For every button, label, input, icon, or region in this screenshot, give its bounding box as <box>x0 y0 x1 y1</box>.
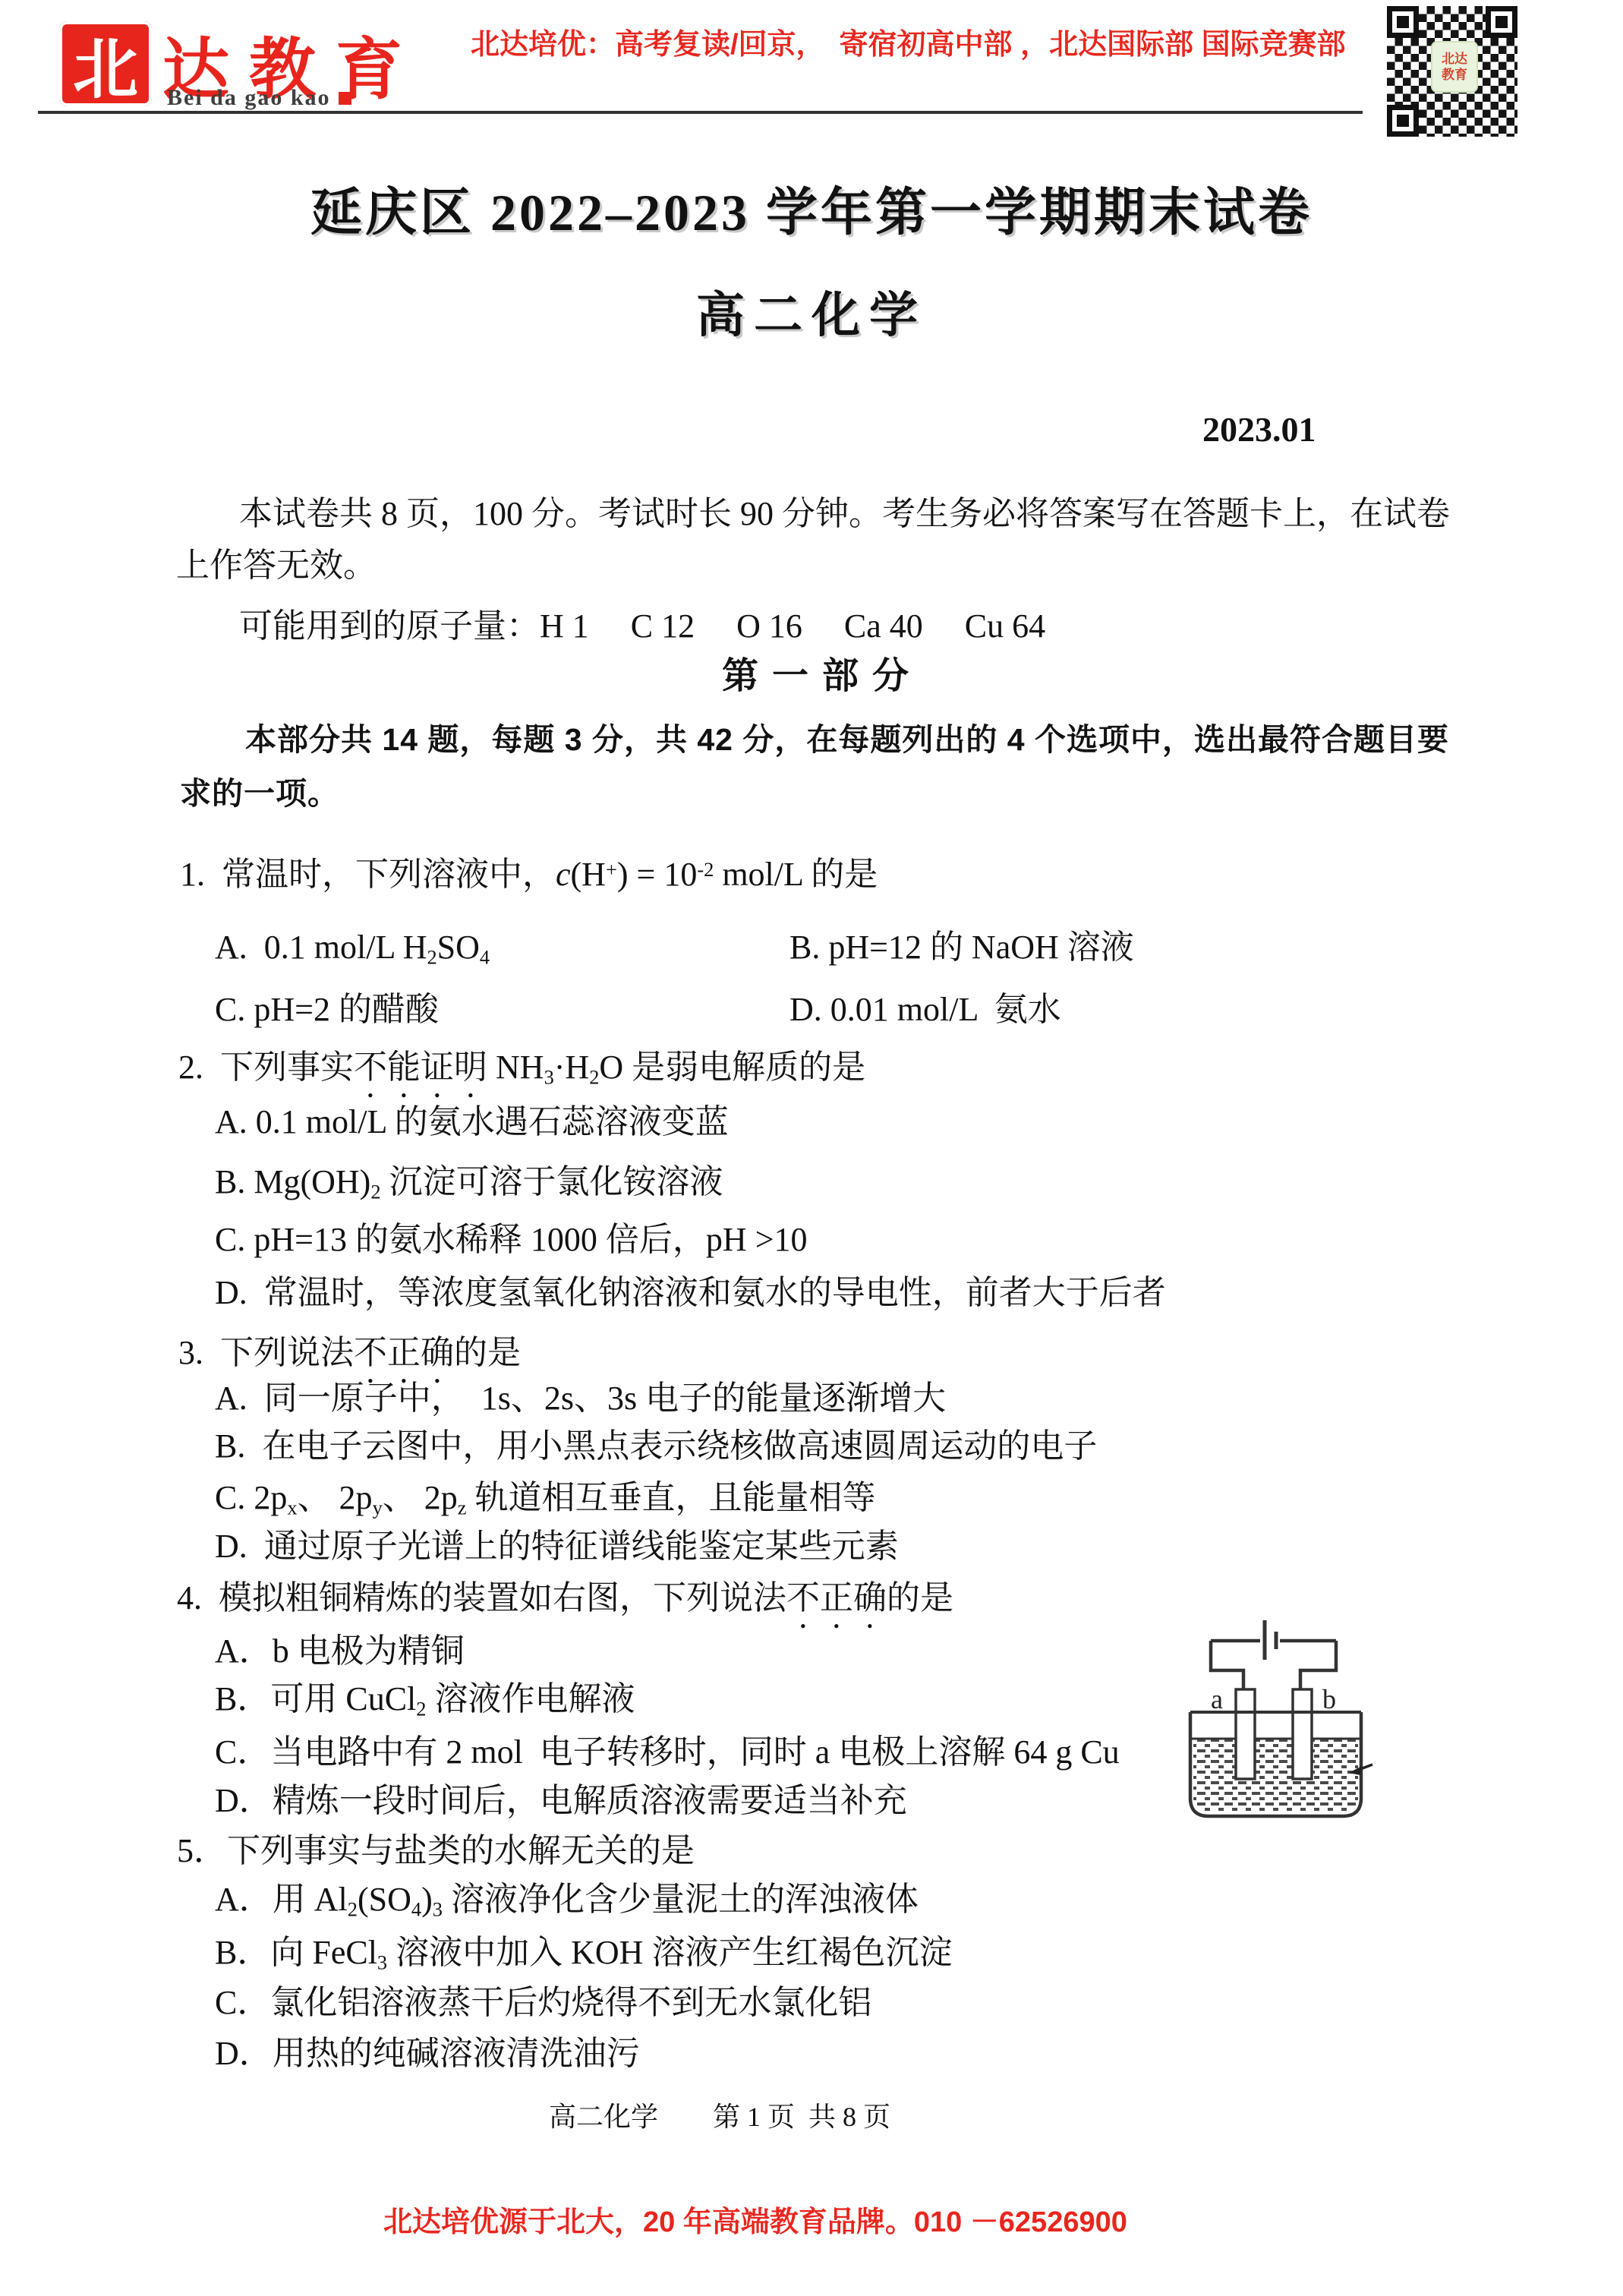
question-2-option-a: A. 0.1 mol/L 的氨水遇石蕊溶液变蓝 <box>215 1103 729 1140</box>
footer-promo: 北达培优源于北大，20 年高端教育品牌。010 －62526900 <box>383 2206 1127 2239</box>
logo-red-square <box>339 92 351 105</box>
atomic-masses: 可能用到的原子量：H 1 C 12 O 16 Ca 40 Cu 64 <box>239 607 1045 645</box>
intro-line-1: 本试卷共 8 页，100 分。考试时长 90 分钟。考生务必将答案写在答题卡上，… <box>239 495 1450 532</box>
part1-note-2: 求的一项。 <box>180 777 339 812</box>
exam-title: 延庆区 2022–2023 学年第一学期期末试卷 <box>0 184 1623 241</box>
question-5-option-c: C．氯化铝溶液蒸干后灼烧得不到无水氯化铝 <box>215 1984 871 2021</box>
question-4-option-c: C．当电路中有 2 mol 电子转移时，同时 a 电极上溶解 64 g Cu <box>215 1733 1120 1771</box>
qr-finder-top-right <box>1486 6 1517 38</box>
question-1-option-d: D. 0.01 mol/L 氨水 <box>789 991 1061 1028</box>
question-4-option-b: B．可用 CuCl2 溶液作电解液 <box>215 1680 635 1717</box>
logo-stamp-char: 北 <box>73 17 138 111</box>
question-3-option-b: B. 在电子云图中，用小黑点表示绕核做高速圆周运动的电子 <box>215 1427 1097 1465</box>
question-1-stem: 1. 常温时，下列溶液中，c(H+) = 10-2 mol/L 的是 <box>180 856 878 893</box>
question-5-stem: 5．下列事实与盐类的水解无关的是 <box>177 1832 695 1869</box>
logo-subtitle-text: Bei da gao kao <box>167 85 331 110</box>
qr-badge-line1: 北达 <box>1442 51 1467 67</box>
question-1-option-b: B. pH=12 的 NaOH 溶液 <box>789 929 1134 966</box>
page-number-info: 高二化学 第 1 页 共 8 页 <box>549 2102 890 2132</box>
exam-date: 2023.01 <box>1202 410 1316 449</box>
question-5-option-a: A．用 Al2(SO4)3 溶液净化含少量泥土的浑浊液体 <box>215 1881 919 1918</box>
question-2-stem: 2. 下列事实不能证明 NH3·H2O 是弱电解质的是 <box>178 1049 865 1105</box>
question-1-option-c: C. pH=2 的醋酸 <box>215 991 439 1028</box>
qr-center-badge: 北达 教育 <box>1431 41 1478 93</box>
circuit-wires <box>1211 1641 1336 1689</box>
question-5-option-d: D．用热的纯碱溶液清洗油污 <box>215 2035 640 2072</box>
qr-finder-top-left <box>1387 6 1419 38</box>
electrolyte-liquid <box>1193 1739 1358 1813</box>
question-2-option-c: C. pH=13 的氨水稀释 1000 倍后，pH >10 <box>215 1221 808 1258</box>
question-4-stem: 4. 模拟粗铜精炼的装置如右图，下列说法不正确的是 <box>177 1579 953 1635</box>
header-tagline: 北达培优：高考复读/回京， 寄宿初高中部 ，北达国际部 国际竞赛部 <box>471 29 1346 61</box>
exam-subject: 高二化学 <box>0 289 1623 343</box>
electrode-a <box>1236 1689 1255 1779</box>
question-1-option-a: A. 0.1 mol/L H2SO4 <box>215 929 490 966</box>
question-2-option-b: B. Mg(OH)2 沉淀可溶于氯化铵溶液 <box>215 1163 723 1200</box>
qr-badge-line2: 教育 <box>1442 67 1467 83</box>
electrode-a-label: a <box>1211 1684 1223 1714</box>
part1-heading: 第一部分 <box>722 656 922 697</box>
question-5-option-b: B．向 FeCl3 溶液中加入 KOH 溶液产生红褐色沉淀 <box>215 1934 952 1971</box>
header-divider <box>38 111 1363 114</box>
electrode-b <box>1293 1689 1312 1779</box>
qr-finder-bottom-left <box>1387 105 1419 137</box>
part1-note-1: 本部分共 14 题，每题 3 分，共 42 分，在每题列出的 4 个选项中，选出… <box>245 723 1449 758</box>
qr-code: 北达 教育 <box>1387 6 1517 137</box>
question-3-option-c: C. 2px、 2py、 2pz 轨道相互垂直，且能量相等 <box>215 1479 875 1516</box>
logo-stamp: 北 <box>59 21 152 106</box>
question-3-option-a: A. 同一原子中， 1s、2s、3s 电子的能量逐渐增大 <box>215 1380 946 1417</box>
question-4-option-a: A．b 电极为精铜 <box>215 1632 465 1670</box>
q4-electrolysis-diagram: a b <box>1169 1610 1518 1868</box>
question-4-option-d: D．精炼一段时间后，电解质溶液需要适当补充 <box>215 1782 907 1819</box>
electrode-b-label: b <box>1322 1684 1336 1714</box>
question-2-option-d: D. 常温时，等浓度氢氧化钠溶液和氨水的导电性，前者大于后者 <box>215 1274 1166 1311</box>
question-3-option-d: D. 通过原子光谱上的特征谱线能鉴定某些元素 <box>215 1528 899 1565</box>
intro-line-2: 上作答无效。 <box>176 547 377 584</box>
logo-subtitle: Bei da gao kao <box>167 85 351 111</box>
exam-page: 北 达教育 Bei da gao kao 北达培优：高考复读/回京， 寄宿初高中… <box>0 0 1623 2296</box>
